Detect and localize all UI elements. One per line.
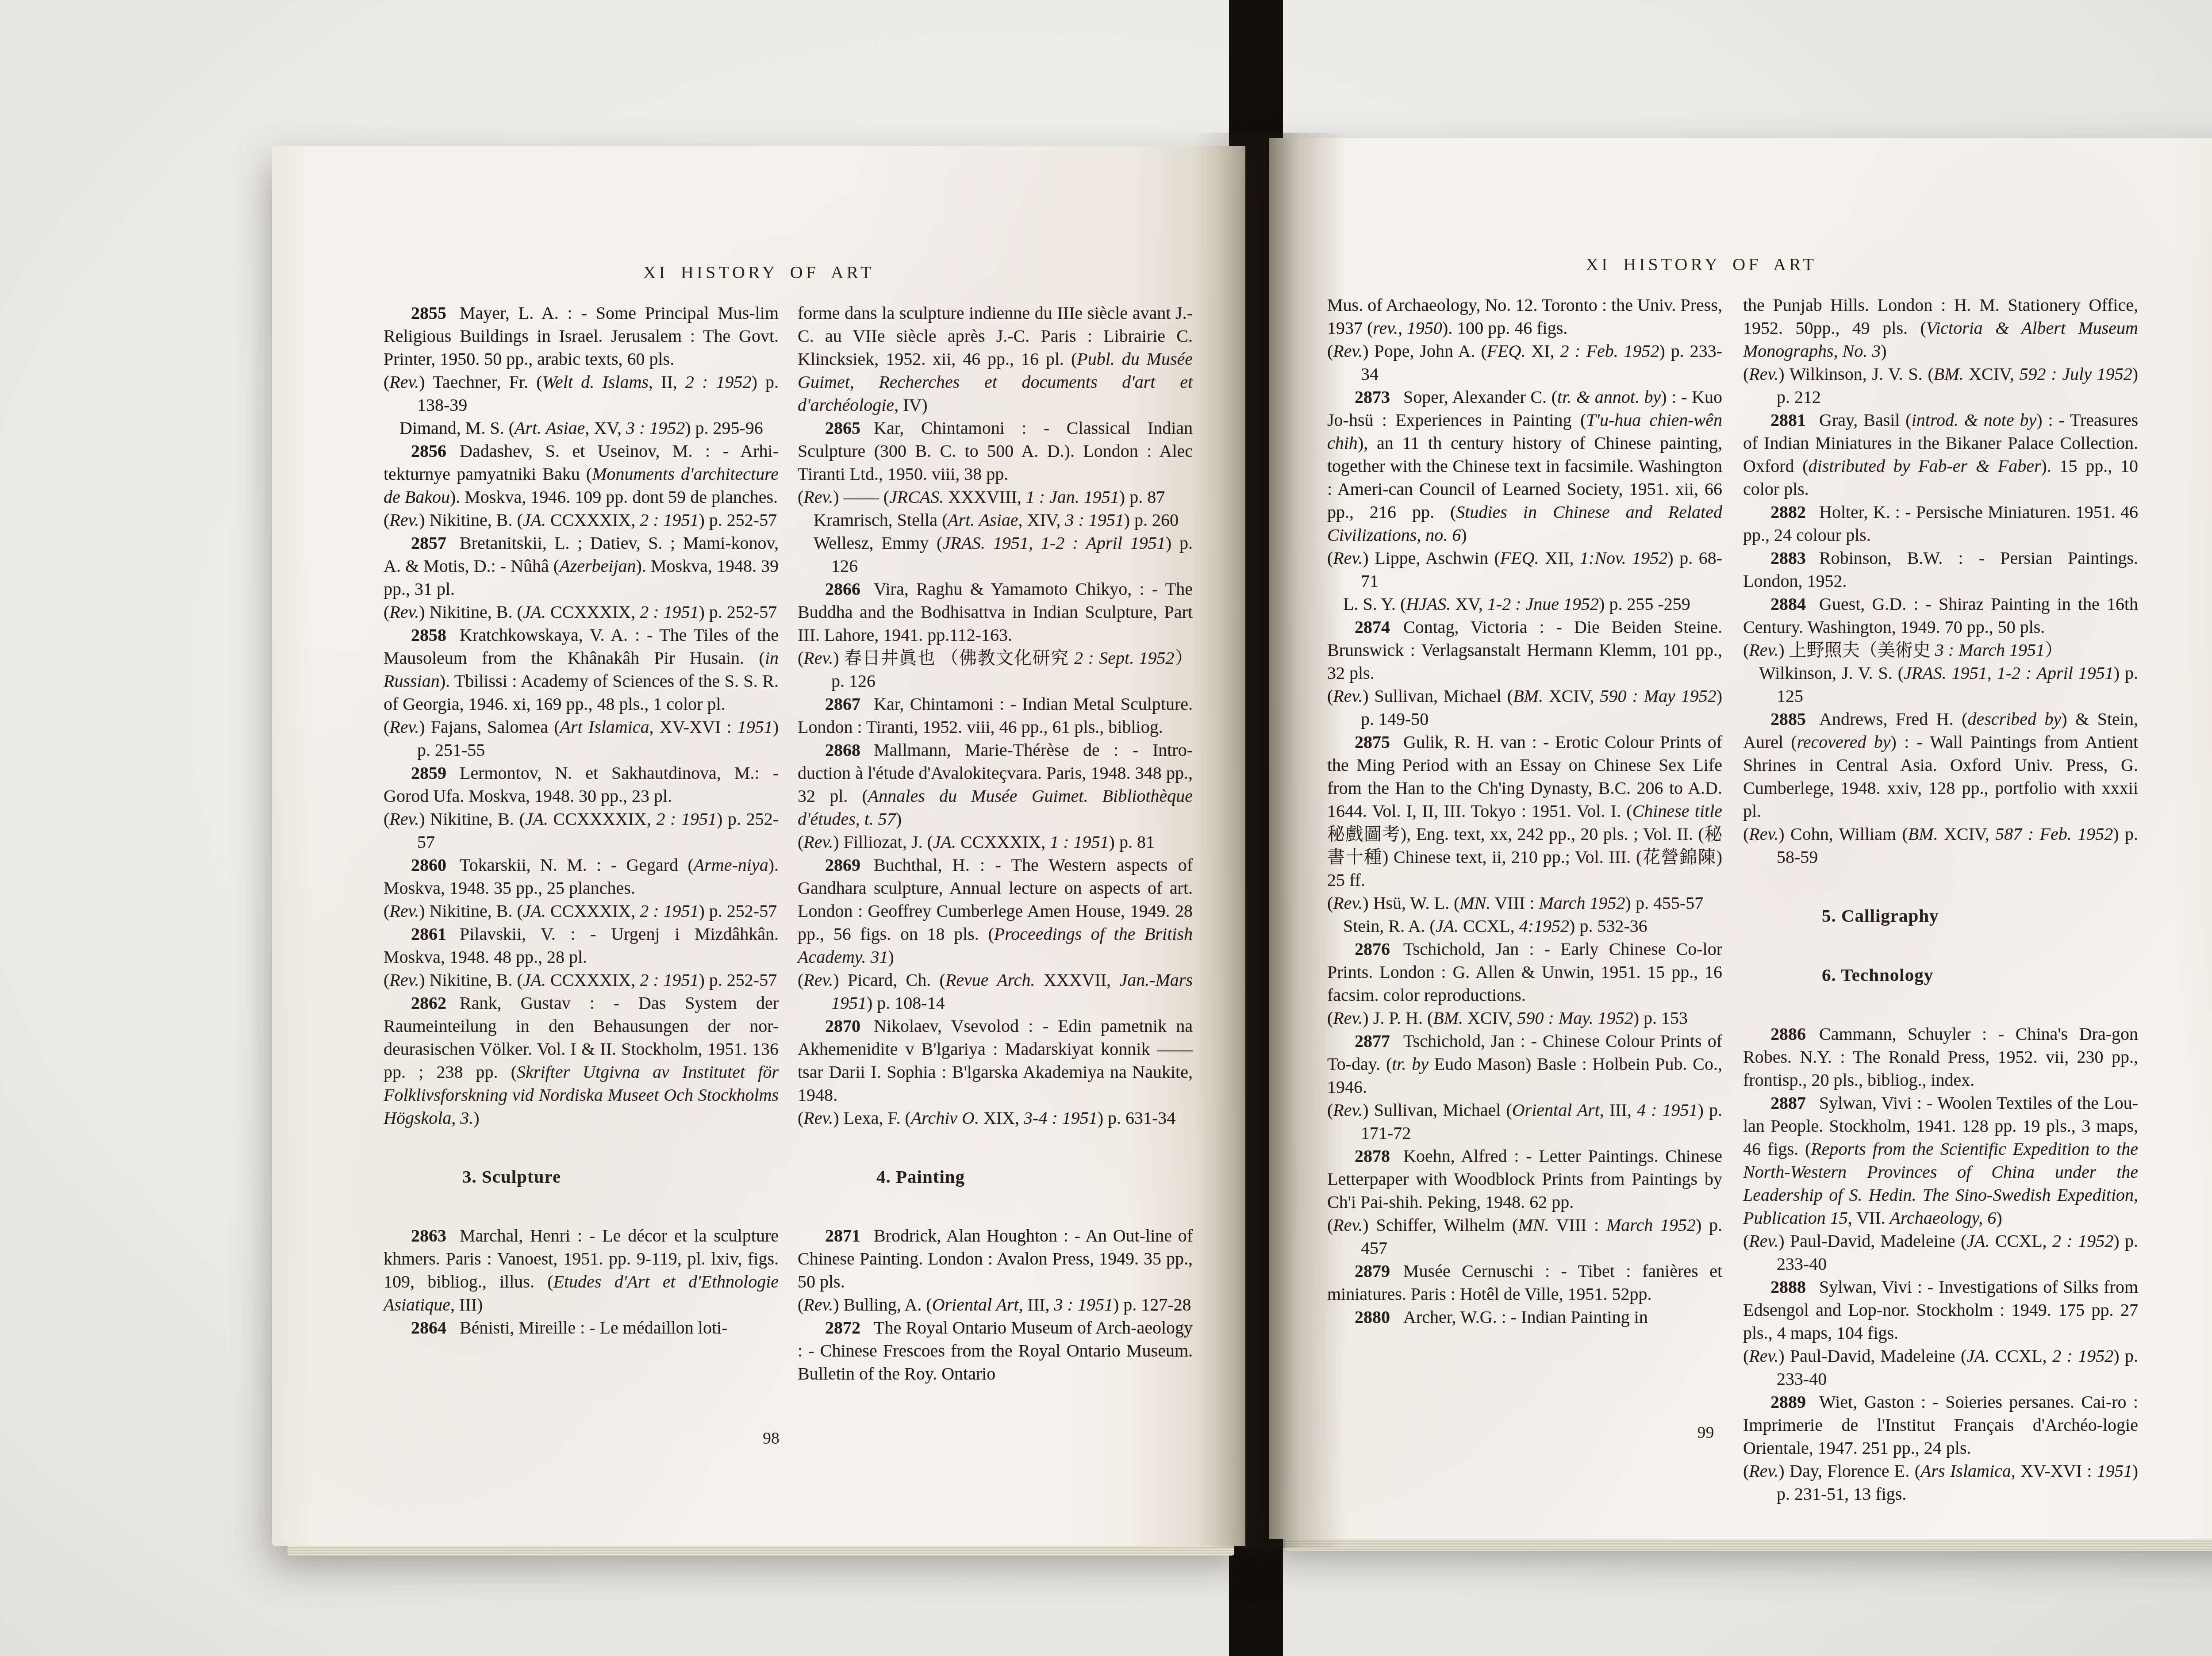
entry-number: 2863 (411, 1226, 446, 1246)
entry-text: (Rev.) Hsü, W. L. (MN. VIII : March 1952… (1327, 893, 1703, 913)
bib-entry: 2859Lermontov, N. et Sakhautdinova, M.: … (384, 762, 779, 808)
entry-continuation: forme dans la sculpture indienne du IIIe… (798, 302, 1193, 417)
entry-number: 2876 (1355, 939, 1390, 959)
entry-number: 2882 (1770, 502, 1806, 522)
entry-text: (Rev.) Filliozat, J. (JA. CCXXXIX, 1 : 1… (798, 832, 1155, 852)
bib-entry: 2883Robinson, B.W. : - Persian Paintings… (1743, 547, 2138, 593)
bib-entry: 2882Holter, K. : - Persische Miniaturen.… (1743, 501, 2138, 547)
entry-number: 2874 (1355, 617, 1390, 637)
entry-text: (Rev.) Nikitine, B. (JA. CCXXXXIX, 2 : 1… (384, 809, 779, 852)
bib-entry: 2874Contag, Victoria : - Die Beiden Stei… (1327, 616, 1722, 685)
bib-entry: 2860Tokarskii, N. M. : - Gegard (Arme-ni… (384, 854, 779, 900)
review-line: (Rev.) Nikitine, B. (JA. CCXXXXIX, 2 : 1… (384, 808, 779, 854)
entry-number: 2872 (825, 1318, 860, 1338)
section-heading: 6. Technology (1822, 963, 2138, 986)
entry-text: Wilkinson, J. V. S. (JRAS. 1951, 1-2 : A… (1759, 663, 2138, 706)
entry-number: 2857 (411, 533, 446, 553)
entry-number: 2873 (1355, 387, 1390, 407)
right-page-column-1: Mus. of Archaeology, No. 12. Toronto : t… (1327, 294, 1722, 1329)
review-line: (Rev.) Picard, Ch. (Revue Arch. XXXVII, … (798, 969, 1193, 1015)
review-line: Wellesz, Emmy (JRAS. 1951, 1-2 : April 1… (798, 532, 1193, 578)
entry-text: forme dans la sculpture indienne du IIIe… (798, 303, 1193, 415)
entry-text: (Rev.) Cohn, William (BM. XCIV, 587 : Fe… (1743, 824, 2138, 867)
bib-entry: 2871Brodrick, Alan Houghton : - An Out-l… (798, 1224, 1193, 1293)
review-line: (Rev.) 上野照夫（美術史 3 : March 1951） (1743, 639, 2138, 662)
entry-text: Soper, Alexander C. (tr. & annot. by) : … (1327, 387, 1722, 545)
bib-entry: 2872The Royal Ontario Museum of Arch-aeo… (798, 1316, 1193, 1385)
entry-continuation: the Punjab Hills. London : H. M. Station… (1743, 294, 2138, 363)
entry-text: (Rev.) Schiffer, Wilhelm (MN. VIII : Mar… (1327, 1215, 1722, 1258)
entry-text: (Rev.) Picard, Ch. (Revue Arch. XXXVII, … (798, 970, 1193, 1013)
entry-text: (Rev.) —— (JRCAS. XXXVIII, 1 : Jan. 1951… (798, 487, 1165, 507)
entry-text: Archer, W.G. : - Indian Painting in (1403, 1307, 1648, 1327)
page-edge-stack-bottom-right (1285, 1539, 2212, 1551)
page-number-right: 99 (1214, 1423, 2198, 1442)
bib-entry: 2877Tschichold, Jan : - Chinese Colour P… (1327, 1030, 1722, 1099)
bib-entry: 2884Guest, G.D. : - Shiraz Painting in t… (1743, 593, 2138, 639)
entry-number: 2869 (825, 855, 860, 875)
bib-entry: 2855Mayer, L. A. : - Some Principal Mus-… (384, 302, 779, 371)
bib-entry: 2865Kar, Chintamoni : - Classical Indian… (798, 417, 1193, 486)
review-line: (Rev.) Sullivan, Michael (Oriental Art, … (1327, 1099, 1722, 1145)
review-line: (Rev.) Nikitine, B. (JA. CCXXXIX, 2 : 19… (384, 509, 779, 532)
entry-text: (Rev.) Sullivan, Michael (Oriental Art, … (1327, 1100, 1722, 1143)
review-line: (Rev.) Lippe, Aschwin (FEQ. XII, 1:Nov. … (1327, 547, 1722, 593)
entry-text: (Rev.) Nikitine, B. (JA. CCXXXIX, 2 : 19… (384, 901, 777, 921)
section-heading: 5. Calligraphy (1822, 904, 2138, 927)
entry-text: (Rev.) 春日井眞也 （佛教文化研究 2 : Sept. 1952） p. … (798, 648, 1193, 691)
review-line: (Rev.) Paul-David, Madeleine (JA. CCXL, … (1743, 1345, 2138, 1391)
review-line: (Rev.) Day, Florence E. (Ars Islamica, X… (1743, 1460, 2138, 1506)
bib-entry: 2866Vira, Raghu & Yamamoto Chikyo, : - T… (798, 578, 1193, 647)
review-line: (Rev.) Nikitine, B. (JA. CCXXXIX, 2 : 19… (384, 900, 779, 923)
entry-text: (Rev.) Lexa, F. (Archiv O. XIX, 3-4 : 19… (798, 1108, 1175, 1128)
entry-number: 2864 (411, 1318, 446, 1338)
review-line: Stein, R. A. (JA. CCXL, 4:1952) p. 532-3… (1327, 915, 1722, 938)
page-edge-stack-bottom-left (288, 1546, 1234, 1556)
bib-entry: 2870Nikolaev, Vsevolod : - Edin pametnik… (798, 1015, 1193, 1107)
entry-text: (Rev.) Nikitine, B. (JA. CCXXXIX, 2 : 19… (384, 510, 777, 530)
review-line: Dimand, M. S. (Art. Asiae, XV, 3 : 1952)… (384, 417, 779, 440)
entry-text: Stein, R. A. (JA. CCXL, 4:1952) p. 532-3… (1343, 916, 1647, 936)
entry-text: (Rev.) 上野照夫（美術史 3 : March 1951） (1743, 640, 2062, 660)
review-line: (Rev.) Schiffer, Wilhelm (MN. VIII : Mar… (1327, 1214, 1722, 1260)
entry-number: 2861 (411, 924, 446, 944)
review-line: (Rev.) Pope, John A. (FEQ. XI, 2 : Feb. … (1327, 340, 1722, 386)
entry-text: Rank, Gustav : - Das System der Raumeint… (384, 993, 779, 1128)
entry-text: (Rev.) Wilkinson, J. V. S. (BM. XCIV, 59… (1743, 364, 2138, 407)
review-line: L. S. Y. (HJAS. XV, 1-2 : Jnue 1952) p. … (1327, 593, 1722, 616)
entry-text: (Rev.) Nikitine, B. (JA. CCXXXIX, 2 : 19… (384, 602, 777, 622)
page-right: XI HISTORY OF ART Mus. of Archaeology, N… (1269, 138, 2212, 1539)
entry-number: 2886 (1770, 1024, 1806, 1044)
bib-entry: 2868Mallmann, Marie-Thérèse de : - Intro… (798, 739, 1193, 831)
entry-number: 2881 (1770, 410, 1806, 430)
bib-entry: 2876Tschichold, Jan : - Early Chinese Co… (1327, 938, 1722, 1007)
review-line: Wilkinson, J. V. S. (JRAS. 1951, 1-2 : A… (1743, 662, 2138, 708)
entry-text: (Rev.) Fajans, Salomea (Art Islamica, XV… (384, 717, 779, 760)
bib-entry: 2886Cammann, Schuyler : - China's Dra-go… (1743, 1023, 2138, 1092)
running-header-left: XI HISTORY OF ART (272, 262, 1245, 283)
entry-number: 2887 (1770, 1093, 1806, 1113)
entry-number: 2883 (1770, 548, 1806, 568)
entry-number: 2860 (411, 855, 446, 875)
section-heading: 3. Sculpture (462, 1165, 779, 1188)
entry-number: 2866 (825, 579, 860, 599)
entry-text: (Rev.) Pope, John A. (FEQ. XI, 2 : Feb. … (1327, 341, 1722, 384)
entry-text: 3. Sculpture (462, 1166, 561, 1187)
entry-text: the Punjab Hills. London : H. M. Station… (1743, 295, 2138, 361)
entry-number: 2859 (411, 763, 446, 783)
entry-number: 2871 (825, 1226, 860, 1246)
review-line: (Rev.) Sullivan, Michael (BM. XCIV, 590 … (1327, 685, 1722, 731)
bib-entry: 2879Musée Cernuschi : - Tibet : fanières… (1327, 1260, 1722, 1306)
entry-text: (Rev.) Paul-David, Madeleine (JA. CCXL, … (1743, 1346, 2138, 1389)
review-line: (Rev.) J. P. H. (BM. XCIV, 590 : May. 19… (1327, 1007, 1722, 1030)
entry-text: 5. Calligraphy (1822, 905, 1939, 926)
review-line: (Rev.) Lexa, F. (Archiv O. XIX, 3-4 : 19… (798, 1107, 1193, 1130)
entry-number: 2875 (1355, 732, 1390, 752)
bib-entry: 2861Pilavskii, V. : - Urgenj i Mizdâhkân… (384, 923, 779, 969)
entry-number: 2884 (1770, 594, 1806, 614)
entry-number: 2879 (1355, 1261, 1390, 1281)
entry-text: 4. Painting (876, 1166, 965, 1187)
review-line: (Rev.) Wilkinson, J. V. S. (BM. XCIV, 59… (1743, 363, 2138, 409)
review-line: (Rev.) —— (JRCAS. XXXVIII, 1 : Jan. 1951… (798, 486, 1193, 509)
bib-entry: 2869Buchthal, H. : - The Western aspects… (798, 854, 1193, 969)
entry-number: 2878 (1355, 1146, 1390, 1166)
entry-text: (Rev.) Bulling, A. (Oriental Art, III, 3… (798, 1295, 1191, 1315)
bib-entry: 2881Gray, Basil (introd. & note by) : - … (1743, 409, 2138, 501)
entry-text: Wellesz, Emmy (JRAS. 1951, 1-2 : April 1… (814, 533, 1193, 576)
bib-entry: 2862Rank, Gustav : - Das System der Raum… (384, 992, 779, 1130)
bib-entry: 2858Kratchkowskaya, V. A. : - The Tiles … (384, 624, 779, 716)
entry-number: 2880 (1355, 1307, 1390, 1327)
entry-number: 2885 (1770, 709, 1806, 729)
page-number-left: 98 (284, 1429, 1258, 1448)
entry-continuation: Mus. of Archaeology, No. 12. Toronto : t… (1327, 294, 1722, 340)
entry-text: (Rev.) Day, Florence E. (Ars Islamica, X… (1743, 1461, 2138, 1504)
review-line: (Rev.) Cohn, William (BM. XCIV, 587 : Fe… (1743, 823, 2138, 869)
entry-text: Gulik, R. H. van : - Erotic Colour Print… (1327, 732, 1722, 890)
entry-text: (Rev.) Nikitine, B. (JA. CCXXXIX, 2 : 19… (384, 970, 777, 990)
page-left: XI HISTORY OF ART 2855Mayer, L. A. : - S… (272, 146, 1245, 1546)
entry-number: 2888 (1770, 1277, 1806, 1297)
photo-of-open-book: { "colors": { "paper": "#f7f5ee", "ink":… (0, 0, 2212, 1656)
entry-number: 2862 (411, 993, 446, 1013)
review-line: (Rev.) Filliozat, J. (JA. CCXXXIX, 1 : 1… (798, 831, 1193, 854)
entry-number: 2856 (411, 441, 446, 461)
entry-number: 2877 (1355, 1031, 1390, 1051)
review-line: (Rev.) Nikitine, B. (JA. CCXXXIX, 2 : 19… (384, 601, 779, 624)
entry-number: 2889 (1770, 1392, 1806, 1412)
review-line: (Rev.) Bulling, A. (Oriental Art, III, 3… (798, 1293, 1193, 1316)
entry-number: 2867 (825, 694, 860, 714)
bib-entry: 2863Marchal, Henri : - Le décor et la sc… (384, 1224, 779, 1316)
review-line: Kramrisch, Stella (Art. Asiae, XIV, 3 : … (798, 509, 1193, 532)
entry-text: Bénisti, Mireille : - Le médaillon loti- (460, 1318, 727, 1338)
running-header-right: XI HISTORY OF ART (1209, 254, 2193, 275)
bib-entry: 2875Gulik, R. H. van : - Erotic Colour P… (1327, 731, 1722, 892)
bib-entry: 2873Soper, Alexander C. (tr. & annot. by… (1327, 386, 1722, 547)
left-page-column-1: 2855Mayer, L. A. : - Some Principal Mus-… (384, 302, 779, 1339)
entry-number: 2870 (825, 1016, 860, 1036)
entry-text: L. S. Y. (HJAS. XV, 1-2 : Jnue 1952) p. … (1343, 594, 1690, 614)
review-line: (Rev.) Nikitine, B. (JA. CCXXXIX, 2 : 19… (384, 969, 779, 992)
entry-text: (Rev.) Paul-David, Madeleine (JA. CCXL, … (1743, 1231, 2138, 1274)
bib-entry: 2878Koehn, Alfred : - Letter Paintings. … (1327, 1145, 1722, 1214)
bib-entry: 2867Kar, Chintamoni : - Indian Metal Scu… (798, 693, 1193, 739)
bib-entry: 2880Archer, W.G. : - Indian Painting in (1327, 1306, 1722, 1329)
review-line: (Rev.) Fajans, Salomea (Art Islamica, XV… (384, 716, 779, 762)
entry-text: 6. Technology (1822, 965, 1933, 985)
review-line: (Rev.) 春日井眞也 （佛教文化研究 2 : Sept. 1952） p. … (798, 647, 1193, 693)
section-heading: 4. Painting (876, 1165, 1193, 1188)
entry-number: 2868 (825, 740, 860, 760)
bib-entry: 2864Bénisti, Mireille : - Le médaillon l… (384, 1316, 779, 1339)
review-line: (Rev.) Paul-David, Madeleine (JA. CCXL, … (1743, 1230, 2138, 1276)
entry-text: (Rev.) Sullivan, Michael (BM. XCIV, 590 … (1327, 686, 1722, 729)
entry-text: Sylwan, Vivi : - Woolen Textiles of the … (1743, 1093, 2138, 1228)
bib-entry: 2887Sylwan, Vivi : - Woolen Textiles of … (1743, 1092, 2138, 1230)
bib-entry: 2856Dadashev, S. et Useinov, M. : - Arhi… (384, 440, 779, 509)
bib-entry: 2885Andrews, Fred H. (described by) & St… (1743, 708, 2138, 823)
entry-text: (Rev.) Taechner, Fr. (Welt d. Islams, II… (384, 372, 779, 415)
right-page-column-2: the Punjab Hills. London : H. M. Station… (1743, 294, 2138, 1506)
review-line: (Rev.) Taechner, Fr. (Welt d. Islams, II… (384, 371, 779, 417)
entry-text: Kramrisch, Stella (Art. Asiae, XIV, 3 : … (814, 510, 1179, 530)
bib-entry: 2888Sylwan, Vivi : - Investigations of S… (1743, 1276, 2138, 1345)
bib-entry: 2857Bretanitskii, L. ; Datiev, S. ; Mami… (384, 532, 779, 601)
left-page-column-2: forme dans la sculpture indienne du IIIe… (798, 302, 1193, 1385)
review-line: (Rev.) Hsü, W. L. (MN. VIII : March 1952… (1327, 892, 1722, 915)
entry-text: Dimand, M. S. (Art. Asiae, XV, 3 : 1952)… (399, 418, 763, 438)
entry-text: (Rev.) J. P. H. (BM. XCIV, 590 : May. 19… (1327, 1008, 1688, 1028)
entry-text: Mus. of Archaeology, No. 12. Toronto : t… (1327, 295, 1722, 338)
entry-number: 2855 (411, 303, 446, 323)
entry-number: 2865 (825, 418, 860, 438)
entry-number: 2858 (411, 625, 446, 645)
entry-text: (Rev.) Lippe, Aschwin (FEQ. XII, 1:Nov. … (1327, 548, 1722, 591)
